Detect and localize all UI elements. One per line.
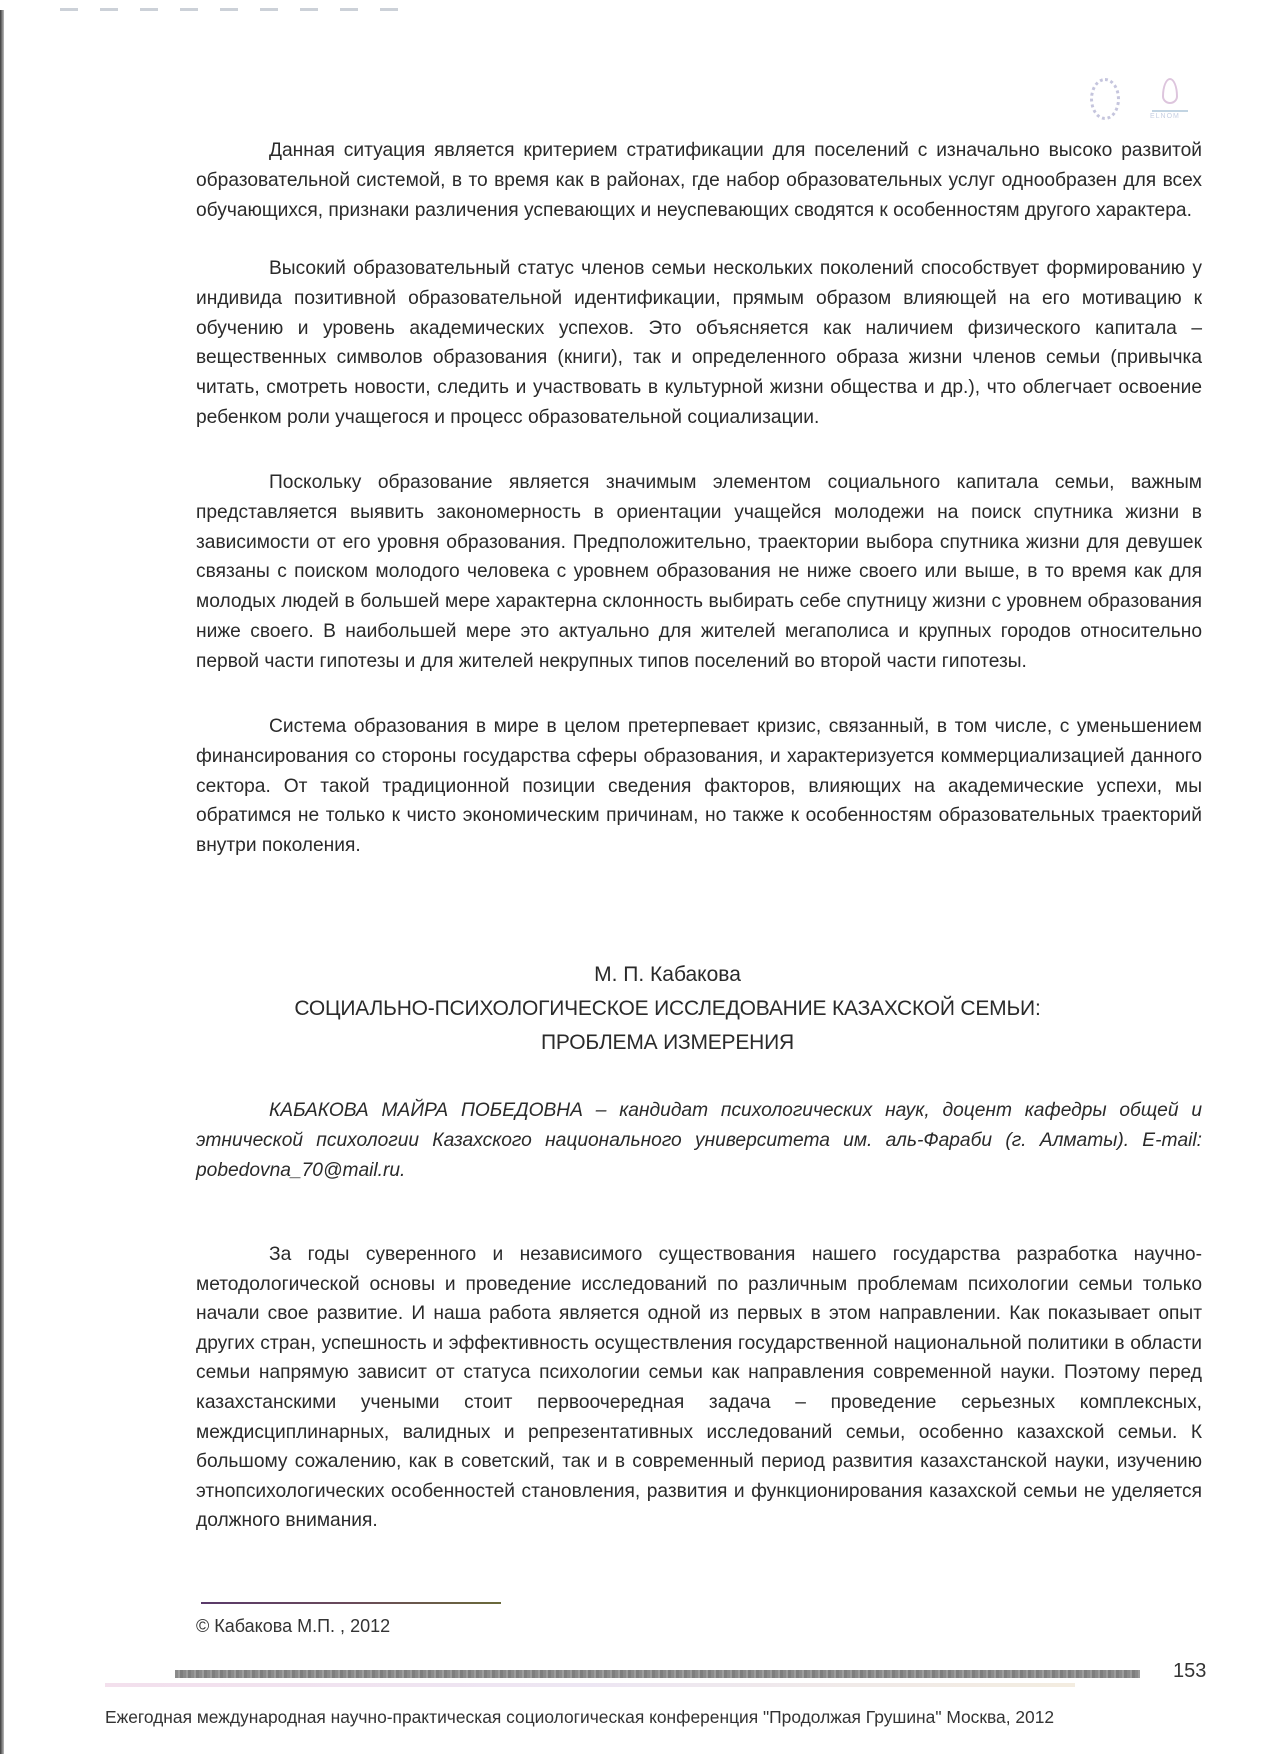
article-title-line-1: СОЦИАЛЬНО-ПСИХОЛОГИЧЕСКОЕ ИССЛЕДОВАНИЕ К… <box>0 997 1275 1021</box>
footer-rule-shadow <box>105 1683 1075 1687</box>
scan-page-edge <box>0 10 4 1754</box>
body-paragraph: Поскольку образование является значимым … <box>196 468 1202 677</box>
running-footer: Ежегодная международная научно-практичес… <box>105 1707 1054 1728</box>
body-paragraph: За годы суверенного и независимого сущес… <box>196 1240 1202 1536</box>
footnote-divider <box>201 1602 501 1604</box>
footer-rule <box>175 1670 1140 1678</box>
emblem-icon <box>1090 78 1120 120</box>
article-intro: За годы суверенного и независимого сущес… <box>196 1240 1202 1536</box>
body-paragraph: Высокий образовательный статус членов се… <box>196 254 1202 433</box>
paragraph-education-crisis: Система образования в мире в целом прете… <box>196 712 1202 861</box>
article-title-line-2: ПРОБЛЕМА ИЗМЕРЕНИЯ <box>0 1031 1275 1055</box>
paragraph-life-partner: Поскольку образование является значимым … <box>196 468 1202 677</box>
body-paragraph: Данная ситуация является критерием страт… <box>196 136 1202 225</box>
author-bio-text: КАБАКОВА МАЙРА ПОБЕДОВНА – кандидат псих… <box>196 1096 1202 1186</box>
scan-artifacts <box>60 8 400 11</box>
page-number: 153 <box>1173 1660 1206 1683</box>
article-author: М. П. Кабакова <box>0 963 1275 987</box>
header-logos: ELNOM <box>1090 78 1190 120</box>
author-bio: КАБАКОВА МАЙРА ПОБЕДОВНА – кандидат псих… <box>196 1096 1202 1186</box>
paragraph-stratification: Данная ситуация является критерием страт… <box>196 136 1202 225</box>
lotus-logo-icon: ELNOM <box>1150 78 1190 120</box>
body-paragraph: Система образования в мире в целом прете… <box>196 712 1202 861</box>
copyright-notice: © Кабакова М.П. , 2012 <box>196 1616 390 1637</box>
paragraph-educational-status: Высокий образовательный статус членов се… <box>196 254 1202 433</box>
